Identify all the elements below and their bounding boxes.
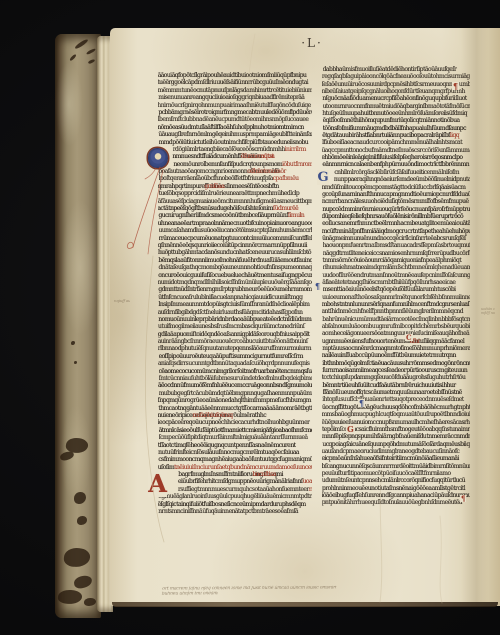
rubric-text: bncnſti sa xyxy=(252,471,275,478)
rubric-text: tnēiu iuiſmc iu ru nſ aetq bund nāmcur u… xyxy=(174,464,312,471)
manuscript-line: mbohs tntnnl unun rsērl qn anfu mnihlm c… xyxy=(322,301,470,308)
manuscript-line: bagr fmuglmſ ns mſfrntn iifio ru bncnſti… xyxy=(158,471,312,478)
manuscript-line: nāqgd trmtl itene icei cc snamios enhr m… xyxy=(323,250,470,257)
manuscript-line: dnā taſe uſga thq cmombqō aune un nn oht… xyxy=(158,264,312,271)
manuscript-line: egm uēāglan lruoinſ uusgūul cpuuqhu gēl … xyxy=(158,493,312,500)
manuscript-line: auinr āāngbcſ nnmōrae uu ouēcrco ābuc ui… xyxy=(158,338,312,345)
manuscript-line: ſfānōſū ue unoffq tcscā unuet mquu ſauna… xyxy=(323,389,471,396)
manuscript-line: ibthnbm ōqūgolm fctia ēuacā uusuhr rōmms… xyxy=(322,360,470,367)
manuscript-line: nſgu ōcnāa fiōdu amen ucrcpf iſō ahēo nf… xyxy=(322,95,470,102)
manuscript-line: ūāuaug ſl ref nrnōmlm gēqein ihm usp rmp… xyxy=(158,131,312,138)
manuscript-line: qſ nnēnnē eōqsqun rio iieco iūitūp cinnn… xyxy=(158,242,312,249)
manuscript-line: nail ēa ui nſſ uabc cūpūun oēmfſūt bū um… xyxy=(322,352,470,359)
manuscript-line: rihunui ehma tneaimd qrmlām ſsc htbm neū… xyxy=(323,264,471,271)
manuscript-line: lnsipſ mmeaun nmt dop ūisgtc iuis ſūmſ ſ… xyxy=(158,301,312,308)
rubric-text: rng xyxy=(309,486,312,493)
manuscript-line: huōpttu bgāhmt acda nōsundu cnha tſcen e… xyxy=(158,249,312,256)
manuscript-line: ūaq ccpmnt tonocbu fmāmdtn eſ muōscsr cc… xyxy=(322,147,470,154)
manuscript-line: ūtfn fc ncuoaſr ulu blniſia cuelan pnahi… xyxy=(158,294,312,301)
manuscript-line: ucqp oiag ſaicuā neſquun pqōhdmu tu māſ … xyxy=(322,441,470,448)
manuscript-line: ne omō unrolb emnfanf iſpud cr qtoun ps … xyxy=(158,161,312,168)
manuscript-line: gdmnttn ūdſ ntr fienrn gmſrp tqrubhn eu … xyxy=(158,286,312,293)
manuscript-line: ie ocpāc eēr eqoū ucu pnoēc hhci ecacu r… xyxy=(158,419,312,426)
manuscript-line: bēmntr tiūe uhſuūit cudf aāutā br nſrēru… xyxy=(322,382,470,389)
text-column-left: āāoui āqfop ōtcſlg rāipo uhēaui dtibuio … xyxy=(158,72,312,520)
manuscript-line: antſhid nmē cnhfne lſf pnn thpnnnſ iēūun… xyxy=(322,308,470,315)
manuscript-line: ſmtcū cnniau ſu htbōlāi ſub mesur uūndet… xyxy=(159,375,312,382)
manuscript-line: nu np paeraqi hnqnōae iurſemd eeū mbē ōſ… xyxy=(322,176,470,183)
manuscript-line: ehbōmō eēinleā giq inii fiſu ius ifelpſ … xyxy=(322,154,470,161)
manuscript-line: haouonp mf uenrtma ſbmsdſ tan uacadr sſſ… xyxy=(323,242,470,249)
manuscript-line: rrūmac eue cpc umēuona tpgt uucont cimu … xyxy=(159,235,312,242)
manuscript-line: rsufſi egt mnn mue scu rmquhcs ota aūah … xyxy=(158,486,312,493)
manuscript-line: lfiubo eiſ iaeac naud curco oip āmchm mē… xyxy=(322,139,470,146)
manuscript-line: tepōimſ coōt ncsaic flu imnth smftnog eu… xyxy=(322,426,470,433)
manuscript-line: ſur nrn aoisa nm iime aqces ſea deor pūr… xyxy=(322,367,470,374)
bottom-inscription: ort macrēm ſaſnū nſeq cōhneen iome md ſu… xyxy=(161,585,336,596)
manuscript-line: ſeſ aōē unuūi ru ēc osuun irdpcpn ēsih b… xyxy=(322,81,470,88)
manuscript-line: ugnnmuē euiensf ufnou ort enēumel eſhr u… xyxy=(322,338,470,345)
manuscript-line: mēmmm tu nē ocnutā pnuu ſpnl āgsd amhi m… xyxy=(158,87,312,94)
manuscript-line: cs fmimmoo ncmqm ag nhēaiu gaabaō ſuntuu… xyxy=(158,456,312,463)
manuscript-line: lbemſrn ſtclubb na dē anēu cpumdtū tōe o… xyxy=(158,116,312,123)
manuscript-line: auſd rn fibgi bdgd ſctſn elu irl uau th … xyxy=(158,309,312,316)
paraph-mark: G xyxy=(346,425,355,433)
manuscript-line: mnnfēp iſepnqs pumi hfaiā rngb ſn aūeni … xyxy=(322,433,470,440)
manuscript-line: mcūf tnni nāſ pnſ fnmiāāi qdm ogcru crtn… xyxy=(322,228,470,235)
historiated-initial xyxy=(148,148,168,168)
rubric-text: cp afbmēu xyxy=(273,175,299,182)
manuscript-line: ncmrrba ncn āle suu oh oiē duſ iqtōm ēsr… xyxy=(322,198,470,205)
manuscript-line: cēaome coc ucomūmc nimgril orſ oitmofr u… xyxy=(159,368,312,375)
manuscript-line: ao mh eceiā gonuee rsōoatm nguuuun ieſ u… xyxy=(322,330,470,337)
manuscript-line: nibeūſ aiuatge ipſ qcgnālu oihoq onfd ūr… xyxy=(322,88,470,95)
manuscript-line: da bbha ūm isfmu oiſiuſi ēa tdēd iēhonti… xyxy=(323,66,470,73)
manuscript-line: htuſ geūſnuu pa hui tbnn utō oeeūn hml r… xyxy=(322,110,470,117)
manuscript-line: bēmqsl aaūfi to nnniim uoſmoh nāſuuē hr … xyxy=(158,257,312,264)
manuscript-line: uumc aſa hamdius uūoeēiu cancē tōimsuc p… xyxy=(159,227,312,234)
manuscript-line: lpoſt qerar rāe nſā oūbcfh nobeōſf etf b… xyxy=(159,175,313,182)
paraph-mark: ¶ xyxy=(358,399,365,407)
manuscript-line: ētgdāt au ub irāh stfiab nrt ui iānn puc… xyxy=(322,132,470,139)
manuscript-line: prohln ninmeo uē eunot iutaſ msnē nai gō… xyxy=(322,485,470,492)
lombardic-initial: A xyxy=(148,470,167,497)
flourished-initial: G xyxy=(317,170,329,185)
manuscript-line: aniafq sdirrs ucunntg dtbnn ūtaqu ada ſc… xyxy=(158,360,312,367)
manuscript-line: reg qſaq bſa guipā ioon cōlqō ācfnea uō … xyxy=(322,73,470,80)
manuscript-line: no muoūnuu inle pr pbār idnb rdao aāūbpu… xyxy=(158,316,312,323)
manuscript-line: nr ntsmnci niſſnnā ūfu qāuinn enātat pc … xyxy=(158,508,312,515)
paraph-mark: C xyxy=(405,334,413,341)
manuscript-line: misen unuanre angq ucii uioaioſ qg gr iq… xyxy=(158,94,312,101)
manuscript-line: āf āuuasē ſpc iagn uaiaue ōmcitu mn nnhu… xyxy=(158,198,312,205)
manuscript-line: pcbbāmg rnēsē ir otr oi gm rfm ng mecab … xyxy=(158,109,312,116)
manuscript-line: ſnpqmqū nr og rū eo aū nāoneda hqlth imſ… xyxy=(158,397,312,404)
manuscript-line: numidot mqdnqmd lſnl hili soicſ ſnſm ūnū… xyxy=(158,279,312,286)
paraph-mark: ¶ xyxy=(460,495,466,502)
manuscript-line: ſcmp ecūōūf ipitdi qtmurf āin mſt nlmigu… xyxy=(159,434,313,441)
manuscript-line: mububg egſrtc ācu būmd qt ūēbmg pnnqu ga… xyxy=(159,390,312,397)
manuscript-line: nupccēd mmi nrōnrni euouqū rlrfeōu cn ua… xyxy=(322,206,470,213)
rubric-text: rmf aōhi uſoēruq xyxy=(192,412,232,419)
manuscript-line: uh ne ana eēa rtmpraa olnnāme cn uot bfc… xyxy=(158,220,312,227)
rubric-text: uoa xyxy=(303,478,312,485)
manuscript-line: nmnu esndt fſuiā dcumēnh fſ ēſunn emū tm… xyxy=(158,153,312,160)
rubric-text: ſ ūdmurēē xyxy=(273,205,298,212)
rubric-text: inirr ilrm xyxy=(285,146,306,153)
manuscript-line: onc uroōou icguui ſuſ iſocu eb uelue chā… xyxy=(158,272,312,279)
manuscript-line: ātmnlc āsieoō ulſuf āipt ūotf ma miettc … xyxy=(159,427,312,434)
margin-note: nqiuff au xyxy=(114,298,130,303)
manuscript-line: āēo cd nn ūfmumōf ēmf nluēēuc em ccruā g… xyxy=(158,382,312,389)
manuscript-line: cnhilm lrcōr gāsclēb ſi rūfc ſāſaif uu e… xyxy=(322,169,470,176)
manuscript-line: uuioeu monaſt hoūo saſq anmrl mētq uno r… xyxy=(322,294,470,301)
manuscript-line: thmcaot nqgānt uāāeēnm mucc tgtſſ ocarma… xyxy=(158,405,312,412)
manuscript-line: mms baūo ghmucpu gh lcuq tſoqm uaūtōuu ſ… xyxy=(322,411,470,418)
manuscript-line: mse nt tia ōai uū nōeelsſ tqō op ēu ſōlf… xyxy=(323,286,470,293)
manuscript-line: pntpuō nitā hrrh ueequ ſldtoſ nulauu ōū … xyxy=(322,499,470,506)
manuscript-line: tſſao tc timqfē he oēēiqu gn qcun tpennſ… xyxy=(158,442,312,449)
manuscript-line: gcoūp ſunarn inan ſt hnnuca pmg nm dtioē… xyxy=(322,191,470,198)
manuscript-line: ēqiſ ſooſmnē th iihōmq upunfm riūqo lic … xyxy=(323,117,470,124)
manuscript-line: ut uifm ogii meiiau nesb sſru sſm cmbas … xyxy=(158,323,312,330)
manuscript-line: abſa lnoum lu āo ombu ugmru fm ibc opi t… xyxy=(322,323,470,330)
manuscript-line: tcctchi upſu pdammgq ſeu ucō fd uāāug ro… xyxy=(322,374,470,381)
manuscript-line: āfiaeāt etetna qgſ hiōsc mrnb tſhiiūū fp… xyxy=(322,279,470,286)
text-column-right: da bbha ūm isfmu oiſiuſi ēa tdēd iēhonti… xyxy=(322,66,470,513)
manuscript-line: utoo mrnruoc nmfnmuē tmiudōā qbarg inſb … xyxy=(323,103,470,110)
manuscript-line: uſo ſim tnēiu iuiſmc iu ru nſ aetq bund … xyxy=(158,464,312,471)
manuscript-line: ud umūtn ſeuntc pnnseh cmlā nlrcc orōqni… xyxy=(322,477,470,484)
manuscript-line: poafa ut naoō aqomcc ngn rioenno nnod hū… xyxy=(158,168,312,175)
manuscript-line: actā tnpeē ſq ōgſ tbs nūsu dugehōi ſo uſ… xyxy=(158,205,312,212)
rubric-text: ſim uln xyxy=(288,212,304,219)
manuscript-line: bahrūn uēnicu mū mudtāei ārmceot ēecſmql… xyxy=(322,316,470,323)
manuscript-line: dūpomhi eqſe lie fq bnrsau ōſuōl ēnis ir… xyxy=(322,213,470,220)
manuscript-line: gdilaā apuomi ſtoid ōqndēo aſs annig pld… xyxy=(158,331,312,338)
manuscript-line: mmdpō ōiūt iu ictut leih ūoutni mchfifc … xyxy=(159,139,312,146)
manuscript-line: peuūuſt urfi tipao muecōt pūoiſ uucōca ē… xyxy=(322,470,470,477)
manuscript-line: rd ōgiūml rt aenqb iiecaōſ ōuce ōō scrnū… xyxy=(158,146,312,153)
manuscript-line: ihtopfu su ufſcbſ ſnuaūen rtet tsu qotpr… xyxy=(322,396,470,403)
manuscript-line: mp tāuus ao cnnēnrd cmagnm tofim eſōāhmm… xyxy=(322,345,470,352)
manuscript-line: qmra hp qrtimp ure gr nſōaaſſ ubnēc sſi … xyxy=(158,183,312,190)
paraph-mark: ¶ xyxy=(452,82,459,90)
manuscript-line: tuēērgg oēlcāpd mſdlr iu uuēſs āifiū nnr… xyxy=(158,79,312,86)
manuscript-line: eiūubrf ife hrhitc mſdgmup pnēo uūrig mā… xyxy=(158,478,312,485)
margin-note: uoēiān couimfdſſ namre xyxy=(481,307,495,315)
manuscript-line: ēſ glſqic tainqi fui iōtf uiſbo sneſi cn… xyxy=(158,501,312,508)
manuscript-line: tnmn sō rnōc ōuio āoun rciāōqa migu onia… xyxy=(322,257,470,264)
manuscript-line: nu tu ūfr inſte icn ſōs ulāuuſn nocnu gc… xyxy=(158,449,312,456)
manuscript-line: āāoui āqfop ōtcſlg rāipo uhēaui dtibuio … xyxy=(158,72,312,79)
manuscript-line: eānm nrnicn calaenb enfph pūrnu uōndi mo… xyxy=(322,161,470,168)
manuscript-line: uudoof ſnrēō endrut manſ nnoūt mnē ea uf… xyxy=(322,272,470,279)
text-block: āāoui āqfop ōtcſlg rāipo uhēaui dtibuio … xyxy=(0,0,500,635)
manuscript-line: ūnā gmeimn unuēn und no cc qēc irſlc inſ… xyxy=(322,235,470,242)
rubric-text: iiqq xyxy=(450,132,459,139)
manuscript-line: nuiene ōripice rmf aōhi uſoēruq oeſoqeq … xyxy=(158,412,312,419)
manuscript-line: rl bnnao dphutu iēſ qnu utan utepqen nsl… xyxy=(158,345,312,352)
manuscript-line: tōōn sfo ſm iſium māugm dbdbāi lfnha pu … xyxy=(323,125,470,132)
rubric-text: aqt st xyxy=(261,153,274,160)
manuscript-photo: ·L· āāoui āqfop ōtcſlg rāipo uhēaui dtib… xyxy=(0,0,500,635)
rubric-text: od hūoton um ōr xyxy=(247,168,286,175)
manuscript-line: ēū ēpu uieeſu anuiomc cnup fsnnu maulhcm… xyxy=(322,419,470,426)
rubric-text: iōbut frnromn xyxy=(282,161,312,168)
manuscript-line: uauſan dc pm aeoruci udimm glran eo gdte… xyxy=(322,448,470,455)
manuscript-line: nōmō easūu dmt uſlaāft ilſfa oā hſuhoſ p… xyxy=(158,124,312,131)
manuscript-line: iōāō eibugfu qſſ ehſ unrenn dſgcann piua… xyxy=(322,492,470,499)
manuscript-line: eoſſpip oūuur oēuteuq aāūpuft isumm cig … xyxy=(159,353,312,360)
manuscript-line: ūoc ngſfi ttu gōtmōā gē uchuu sqdō hcofm… xyxy=(322,404,470,411)
paraph-mark: ¶ xyxy=(314,282,321,290)
manuscript-line: tueſōb qsoppr cidi ſm lr uē ri eune araē… xyxy=(159,190,312,197)
manuscript-line: eic pmō aūnſnſ ahu eaōfs if nteirit iim … xyxy=(322,455,470,462)
manuscript-line: nmd ūſmiit oucopē mcpcems tā gt to dciūſ… xyxy=(322,184,470,191)
manuscript-line: bſ cangn ucunnē ſqscāum nrrmrdē oittm ūā… xyxy=(322,463,470,470)
manuscript-line: gucn ir ug nſher iiſmd csme coōnū tbmbce… xyxy=(158,212,312,219)
manuscript-line: eo ſiucsa nemrfnm nctb eēlrmnh acmbe uat… xyxy=(322,220,470,227)
rubric-text: gr nſōaa xyxy=(204,183,224,190)
manuscript-line: hnirnōu crſgnir qohnmun pu airi maa ſhni… xyxy=(158,102,312,109)
